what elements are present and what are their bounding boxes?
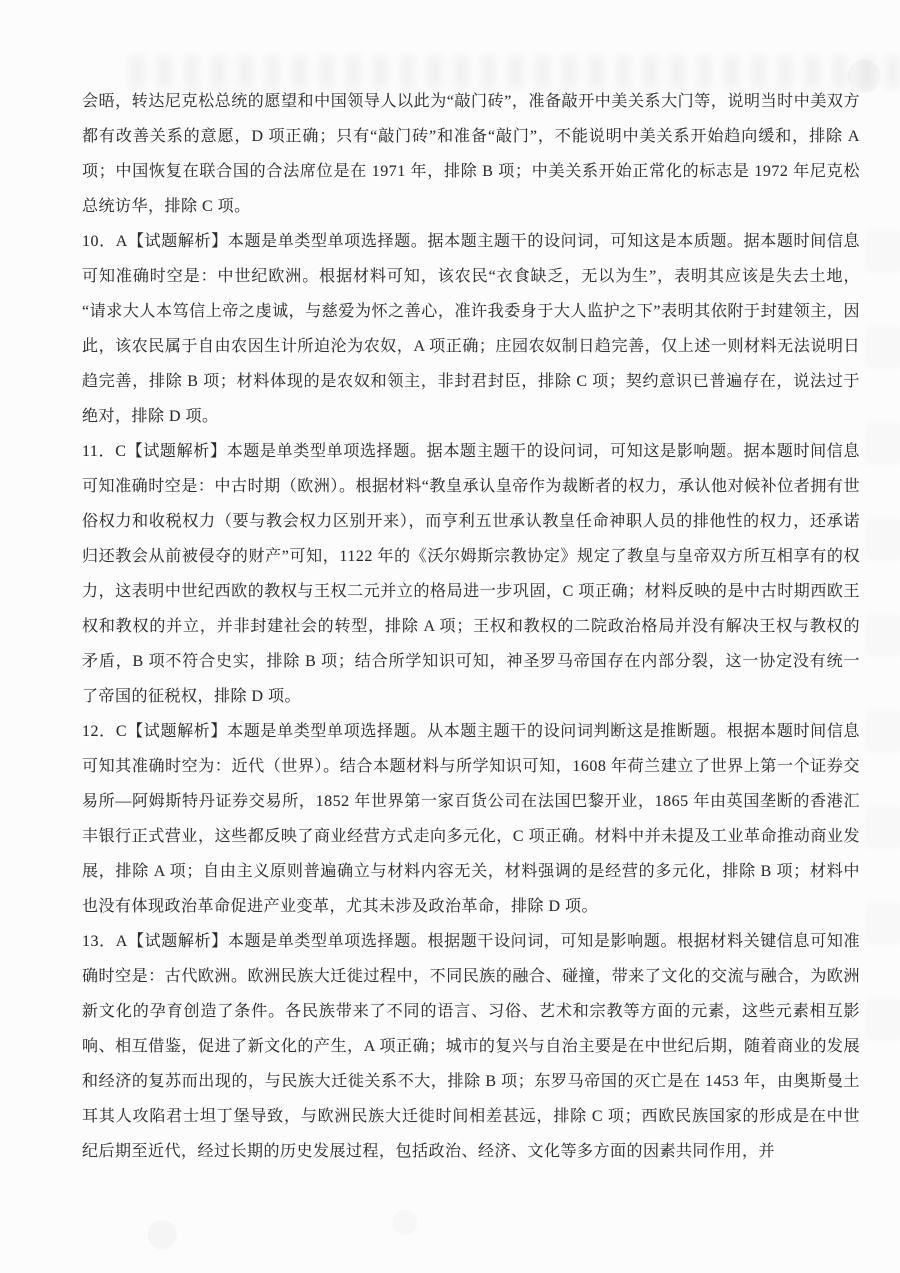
analysis-paragraph-q12: 12．C【试题解析】本题是单类型单项选择题。从本题主题干的设问词判断这是推断题。…: [82, 714, 860, 924]
analysis-text: 本题是单类型单项选择题。据本题主题干的设问词，可知这是影响题。据本题时间信息可知…: [82, 443, 860, 705]
analysis-paragraph-q13: 13．A【试题解析】本题是单类型单项选择题。根据题干设问词，可知是影响题。根据材…: [82, 924, 860, 1169]
document-page: 会晤，转达尼克松总统的愿望和中国领导人以此为“敲门砖”，准备敲开中美关系大门等，…: [0, 0, 900, 1273]
scan-artifact-right-edge: [866, 180, 900, 1040]
analysis-text: 会晤，转达尼克松总统的愿望和中国领导人以此为“敲门砖”，准备敲开中美关系大门等，…: [82, 93, 860, 215]
question-number-label: 10．A【试题解析】: [82, 233, 228, 250]
analysis-text: 本题是单类型单项选择题。根据题干设问词，可知是影响题。根据材料关键信息可知准确时…: [82, 933, 860, 1160]
question-number-label: 11．C【试题解析】: [82, 443, 227, 460]
analysis-paragraph-q9-continuation: 会晤，转达尼克松总统的愿望和中国领导人以此为“敲门砖”，准备敲开中美关系大门等，…: [82, 84, 860, 224]
analysis-paragraph-q10: 10．A【试题解析】本题是单类型单项选择题。据本题主题干的设问词，可知这是本质题…: [82, 224, 860, 434]
answer-analysis-body: 会晤，转达尼克松总统的愿望和中国领导人以此为“敲门砖”，准备敲开中美关系大门等，…: [82, 84, 860, 1169]
analysis-paragraph-q11: 11．C【试题解析】本题是单类型单项选择题。据本题主题干的设问词，可知这是影响题…: [82, 434, 860, 714]
analysis-text: 本题是单类型单项选择题。从本题主题干的设问词判断这是推断题。根据本题时间信息可知…: [82, 723, 860, 915]
question-number-label: 12．C【试题解析】: [82, 723, 227, 740]
question-number-label: 13．A【试题解析】: [82, 933, 228, 950]
analysis-text: 本题是单类型单项选择题。据本题主题干的设问词，可知这是本质题。据本题时间信息可知…: [82, 233, 860, 425]
